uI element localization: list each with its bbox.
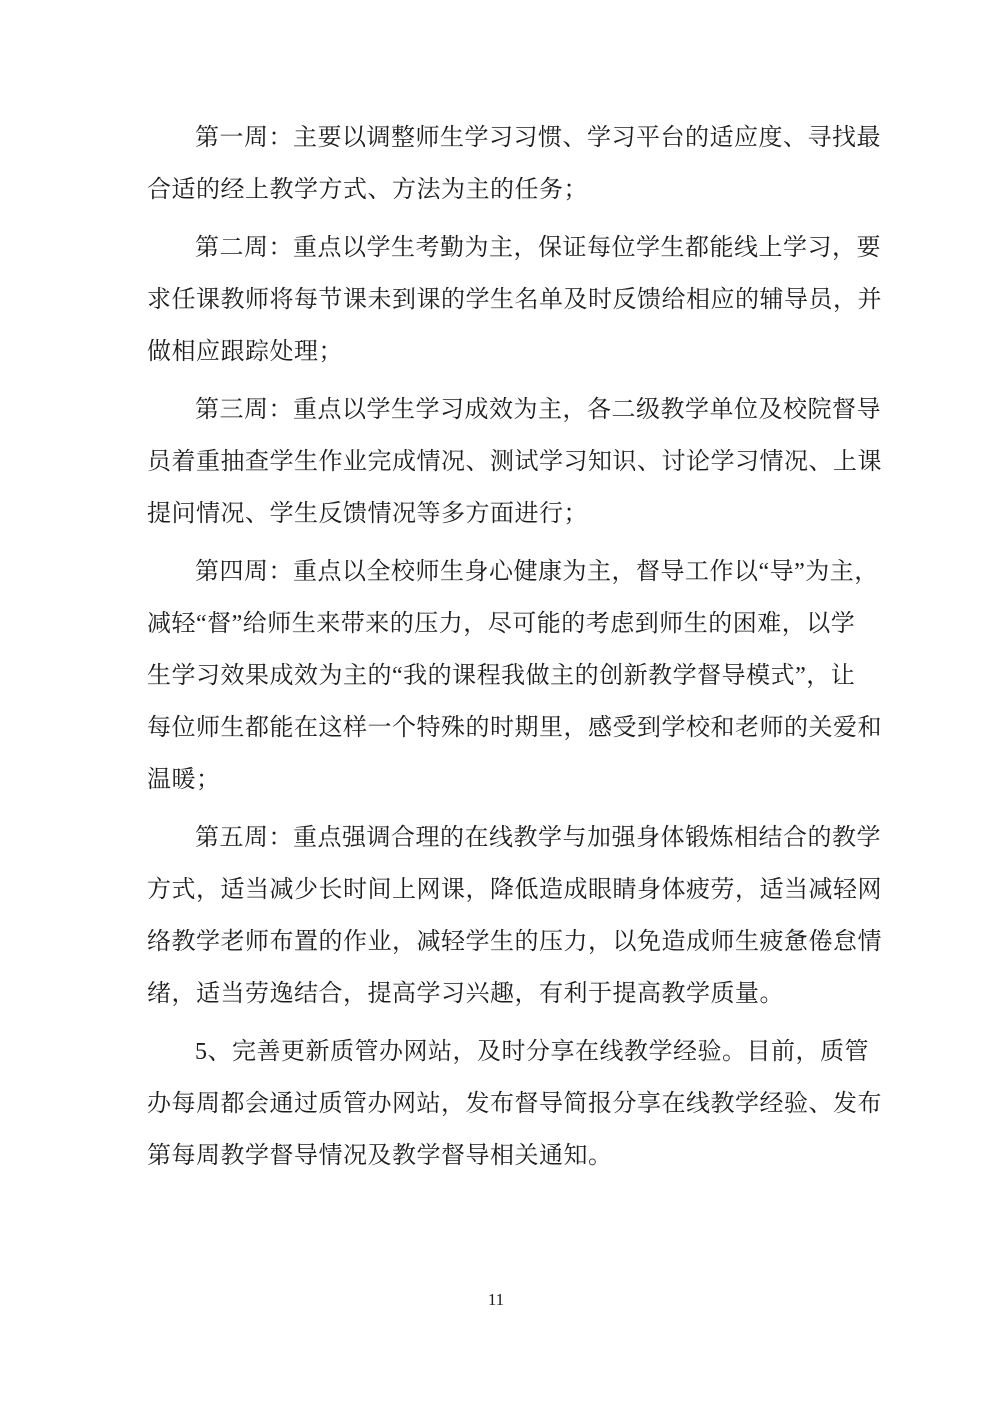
text-line: 办每周都会通过质管办网站，发布督导简报分享在线教学经验、发布 xyxy=(147,1078,846,1130)
paragraph: 第三周：重点以学生学习成效为主，各二级教学单位及校院督导员着重抽查学生作业完成情… xyxy=(147,384,846,540)
text-line: 员着重抽查学生作业完成情况、测试学习知识、讨论学习情况、上课 xyxy=(147,436,846,488)
text-line: 求任课教师将每节课未到课的学生名单及时反馈给相应的辅导员，并 xyxy=(147,274,846,326)
text-line: 第五周：重点强调合理的在线教学与加强身体锻炼相结合的教学 xyxy=(147,812,846,864)
page-number: 11 xyxy=(0,1288,992,1312)
document-body: 第一周：主要以调整师生学习习惯、学习平台的适应度、寻找最合适的经上教学方式、方法… xyxy=(147,112,846,1182)
paragraph: 第二周：重点以学生考勤为主，保证每位学生都能线上学习，要求任课教师将每节课未到课… xyxy=(147,222,846,378)
text-line: 5、完善更新质管办网站，及时分享在线教学经验。目前，质管 xyxy=(147,1026,846,1078)
paragraph: 第一周：主要以调整师生学习习惯、学习平台的适应度、寻找最合适的经上教学方式、方法… xyxy=(147,112,846,216)
text-line: 第一周：主要以调整师生学习习惯、学习平台的适应度、寻找最 xyxy=(147,112,846,164)
paragraph: 第五周：重点强调合理的在线教学与加强身体锻炼相结合的教学方式，适当减少长时间上网… xyxy=(147,812,846,1020)
text-line: 提问情况、学生反馈情况等多方面进行； xyxy=(147,488,846,540)
document-page: 第一周：主要以调整师生学习习惯、学习平台的适应度、寻找最合适的经上教学方式、方法… xyxy=(0,0,992,1403)
text-line: 绪，适当劳逸结合，提高学习兴趣，有利于提高教学质量。 xyxy=(147,968,846,1020)
text-line: 每位师生都能在这样一个特殊的时期里，感受到学校和老师的关爱和 xyxy=(147,702,846,754)
text-line: 第四周：重点以全校师生身心健康为主，督导工作以“导”为主， xyxy=(147,546,846,598)
text-line: 合适的经上教学方式、方法为主的任务； xyxy=(147,164,846,216)
paragraph: 5、完善更新质管办网站，及时分享在线教学经验。目前，质管办每周都会通过质管办网站… xyxy=(147,1026,846,1182)
text-line: 第三周：重点以学生学习成效为主，各二级教学单位及校院督导 xyxy=(147,384,846,436)
text-line: 第二周：重点以学生考勤为主，保证每位学生都能线上学习，要 xyxy=(147,222,846,274)
text-line: 生学习效果成效为主的“我的课程我做主的创新教学督导模式”，让 xyxy=(147,650,846,702)
text-line: 络教学老师布置的作业，减轻学生的压力，以免造成师生疲惫倦怠情 xyxy=(147,916,846,968)
text-line: 方式，适当减少长时间上网课，降低造成眼睛身体疲劳，适当减轻网 xyxy=(147,864,846,916)
text-line: 第每周教学督导情况及教学督导相关通知。 xyxy=(147,1130,846,1182)
text-line: 减轻“督”给师生来带来的压力，尽可能的考虑到师生的困难，以学 xyxy=(147,598,846,650)
text-line: 温暖； xyxy=(147,754,846,806)
paragraph: 第四周：重点以全校师生身心健康为主，督导工作以“导”为主，减轻“督”给师生来带来… xyxy=(147,546,846,806)
text-line: 做相应跟踪处理； xyxy=(147,326,846,378)
